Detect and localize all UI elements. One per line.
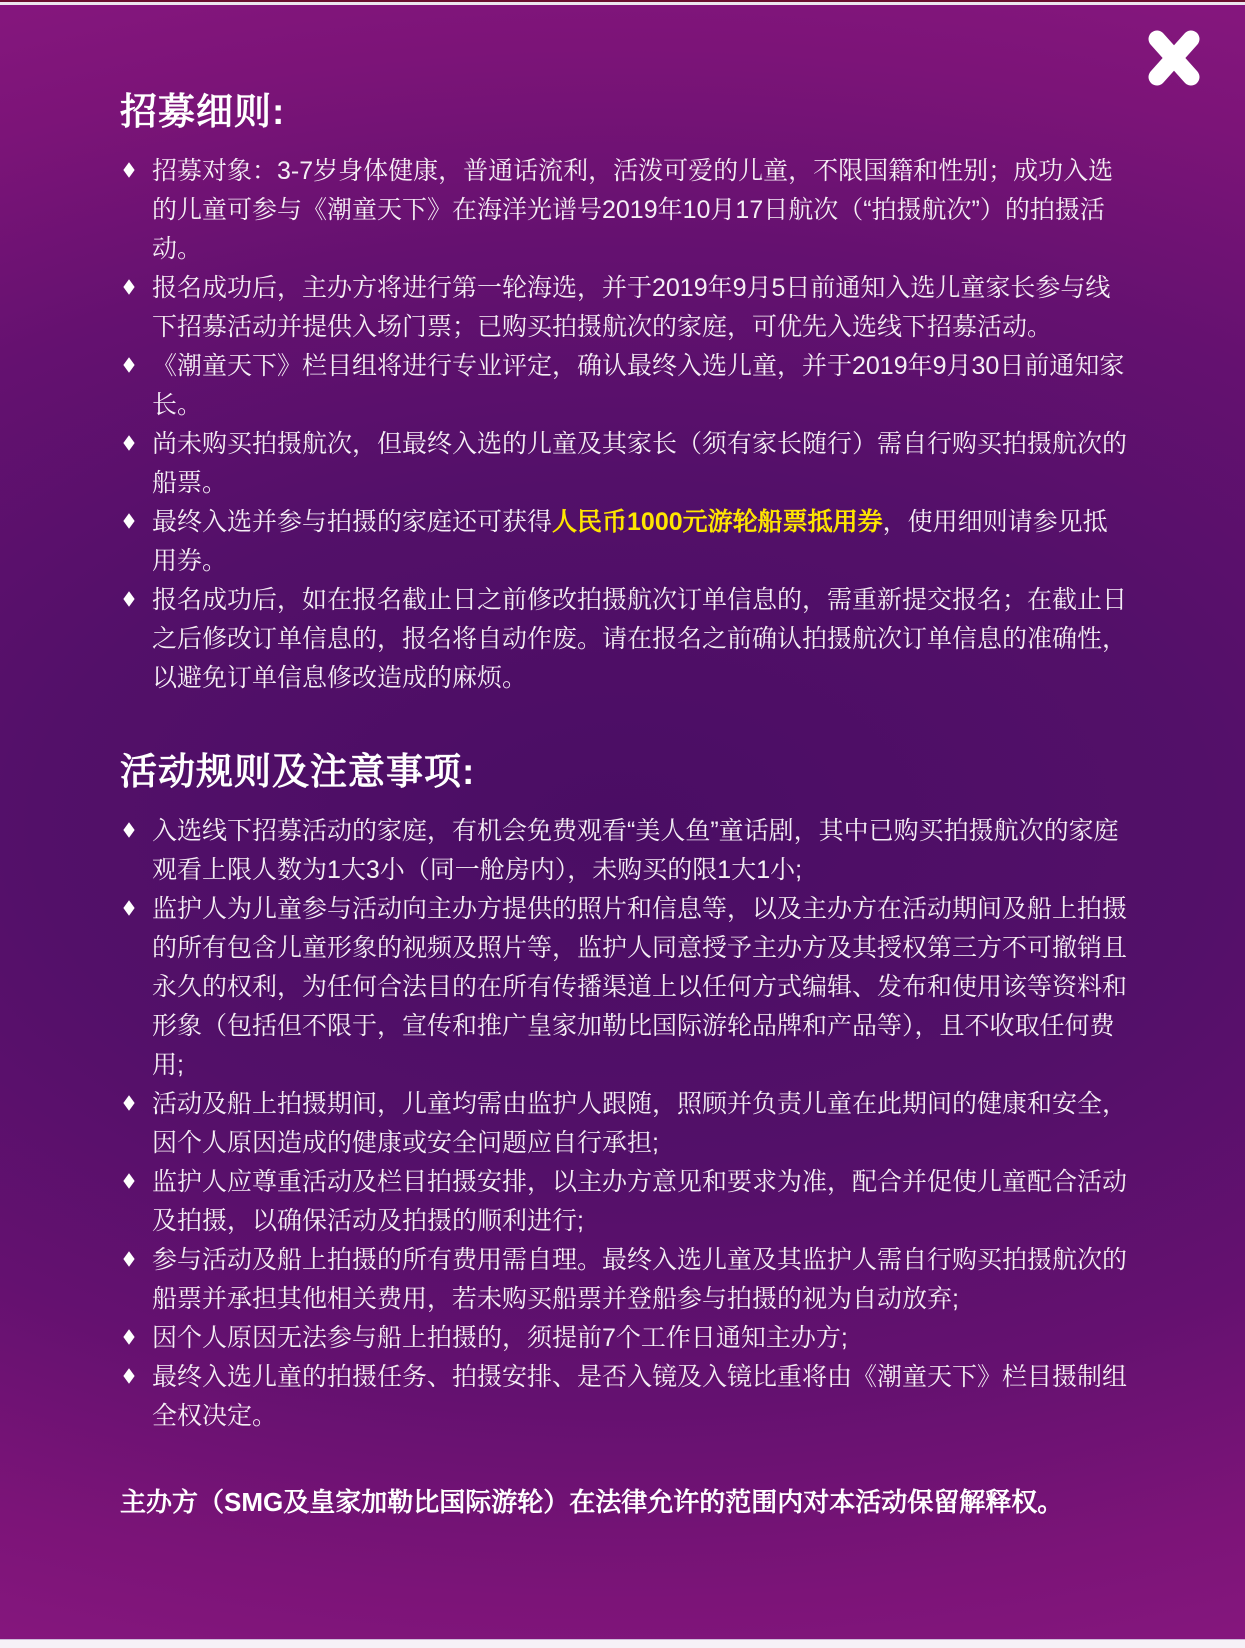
rule-text: 最终入选儿童的拍摄任务、拍摄安排、是否入镜及入镜比重将由《潮童天下》栏目摄制组全… [152, 1363, 1127, 1430]
rule-item: 活动及船上拍摄期间，儿童均需由监护人跟随，照顾并负责儿童在此期间的健康和安全，因… [120, 1085, 1130, 1163]
diamond-bullet-icon [123, 1173, 134, 1189]
diamond-bullet-icon [123, 435, 134, 451]
diamond-bullet-icon [123, 822, 134, 838]
rules-content: 招募细则: 招募对象：3-7岁身体健康，普通话流利，活泼可爱的儿童，不限国籍和性… [0, 0, 1245, 1521]
rule-text: 参与活动及船上拍摄的所有费用需自理。最终入选儿童及其监护人需自行购买拍摄航次的船… [152, 1246, 1127, 1313]
diamond-bullet-icon [123, 900, 134, 916]
rule-item: 报名成功后，主办方将进行第一轮海选，并于2019年9月5日前通知入选儿童家长参与… [120, 269, 1130, 347]
activity-rules-list: 入选线下招募活动的家庭，有机会免费观看“美人鱼”童话剧，其中已购买拍摄航次的家庭… [120, 812, 1130, 1436]
rule-item: 入选线下招募活动的家庭，有机会免费观看“美人鱼”童话剧，其中已购买拍摄航次的家庭… [120, 812, 1130, 890]
rule-item: 尚未购买拍摄航次，但最终入选的儿童及其家长（须有家长随行）需自行购买拍摄航次的船… [120, 425, 1130, 503]
rule-text: 入选线下招募活动的家庭，有机会免费观看“美人鱼”童话剧，其中已购买拍摄航次的家庭… [152, 817, 1119, 884]
rule-item: 招募对象：3-7岁身体健康，普通话流利，活泼可爱的儿童，不限国籍和性别；成功入选… [120, 152, 1130, 269]
rule-text: 报名成功后，如在报名截止日之前修改拍摄航次订单信息的，需重新提交报名；在截止日之… [152, 586, 1127, 692]
diamond-bullet-icon [123, 357, 134, 373]
rule-text: 招募对象：3-7岁身体健康，普通话流利，活泼可爱的儿童，不限国籍和性别；成功入选… [152, 157, 1113, 263]
rule-item: 因个人原因无法参与船上拍摄的，须提前7个工作日通知主办方; [120, 1319, 1130, 1358]
section-title-recruitment: 招募细则: [120, 90, 1130, 134]
rule-text: 尚未购买拍摄航次，但最终入选的儿童及其家长（须有家长随行）需自行购买拍摄航次的船… [152, 430, 1127, 497]
rule-item: 监护人应尊重活动及栏目拍摄安排，以主办方意见和要求为准，配合并促使儿童配合活动及… [120, 1163, 1130, 1241]
rule-text: 因个人原因无法参与船上拍摄的，须提前7个工作日通知主办方; [152, 1324, 848, 1352]
rule-item: 监护人为儿童参与活动向主办方提供的照片和信息等，以及主办方在活动期间及船上拍摄的… [120, 890, 1130, 1085]
diamond-bullet-icon [123, 1368, 134, 1384]
rule-text: 最终入选并参与拍摄的家庭还可获得 [152, 508, 552, 536]
rule-text: 监护人为儿童参与活动向主办方提供的照片和信息等，以及主办方在活动期间及船上拍摄的… [152, 895, 1127, 1079]
diamond-bullet-icon [123, 1095, 134, 1111]
modal-background: 招募细则: 招募对象：3-7岁身体健康，普通话流利，活泼可爱的儿童，不限国籍和性… [0, 0, 1245, 1648]
section-title-rules: 活动规则及注意事项: [120, 750, 1130, 794]
diamond-bullet-icon [123, 162, 134, 178]
diamond-bullet-icon [123, 1329, 134, 1345]
rule-item: 最终入选儿童的拍摄任务、拍摄安排、是否入镜及入镜比重将由《潮童天下》栏目摄制组全… [120, 1358, 1130, 1436]
diamond-bullet-icon [123, 279, 134, 295]
rule-text: 监护人应尊重活动及栏目拍摄安排，以主办方意见和要求为准，配合并促使儿童配合活动及… [152, 1168, 1127, 1235]
bottom-white-strip [0, 1639, 1245, 1648]
recruitment-rules-list: 招募对象：3-7岁身体健康，普通话流利，活泼可爱的儿童，不限国籍和性别；成功入选… [120, 152, 1130, 698]
rule-highlight: 人民币1000元游轮船票抵用券 [552, 508, 883, 536]
rule-text: 活动及船上拍摄期间，儿童均需由监护人跟随，照顾并负责儿童在此期间的健康和安全，因… [152, 1090, 1127, 1157]
diamond-bullet-icon [123, 1251, 134, 1267]
rule-item: 报名成功后，如在报名截止日之前修改拍摄航次订单信息的，需重新提交报名；在截止日之… [120, 581, 1130, 698]
rule-item: 最终入选并参与拍摄的家庭还可获得人民币1000元游轮船票抵用券，使用细则请参见抵… [120, 503, 1130, 581]
rule-item: 参与活动及船上拍摄的所有费用需自理。最终入选儿童及其监护人需自行购买拍摄航次的船… [120, 1241, 1130, 1319]
rule-text: 报名成功后，主办方将进行第一轮海选，并于2019年9月5日前通知入选儿童家长参与… [152, 274, 1110, 341]
diamond-bullet-icon [123, 591, 134, 607]
rule-text: 《潮童天下》栏目组将进行专业评定，确认最终入选儿童，并于2019年9月30日前通… [152, 352, 1124, 419]
diamond-bullet-icon [123, 513, 134, 529]
footer-disclaimer: 主办方（SMG及皇家加勒比国际游轮）在法律允许的范围内对本活动保留解释权。 [120, 1484, 1130, 1521]
rule-item: 《潮童天下》栏目组将进行专业评定，确认最终入选儿童，并于2019年9月30日前通… [120, 347, 1130, 425]
